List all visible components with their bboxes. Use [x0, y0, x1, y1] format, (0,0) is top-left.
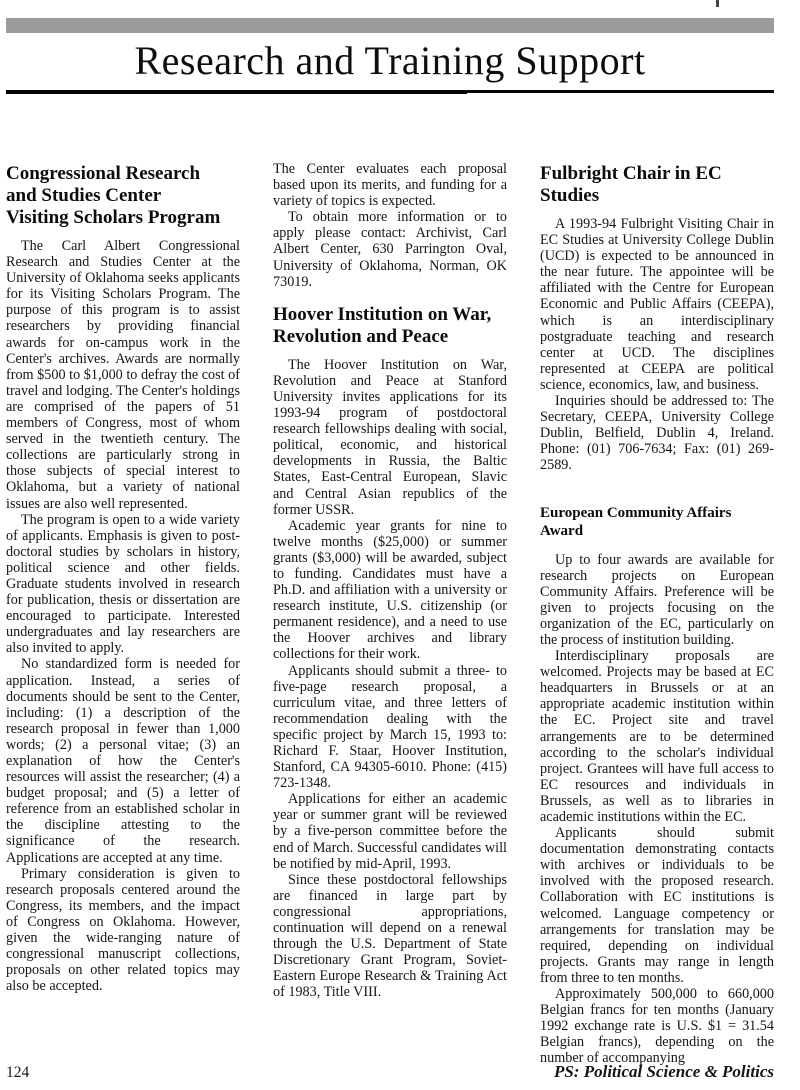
paragraph: Up to four awards are available for rese… — [540, 552, 774, 649]
sub-section-heading: European Community Affairs Award — [540, 504, 774, 540]
journal-page: Research and Training Support Congressio… — [0, 0, 800, 1090]
paragraph: Since these postdoctoral fellowships are… — [273, 872, 507, 1001]
page-footer: 124 PS: Political Science & Politics — [6, 1062, 774, 1082]
paragraph: Academic year grants for nine to twelve … — [273, 518, 507, 663]
paragraph: Approximately 500,000 to 660,000 Belgian… — [540, 986, 774, 1066]
column-right: Fulbright Chair in EC StudiesA 1993-94 F… — [540, 161, 774, 1067]
paragraph: Primary consideration is given to resear… — [6, 866, 240, 995]
paragraph: The program is open to a wide variety of… — [6, 512, 240, 657]
title-rule — [6, 90, 774, 93]
paragraph: Applicants should submit documentation d… — [540, 825, 774, 986]
page-number: 124 — [6, 1064, 29, 1082]
article-columns: Congressional Research and Studies Cente… — [6, 161, 774, 1067]
section-heading: Fulbright Chair in EC Studies — [540, 163, 774, 207]
paragraph: The Center evaluates each proposal based… — [273, 161, 507, 209]
column-left: Congressional Research and Studies Cente… — [6, 161, 240, 1067]
paragraph: Interdisciplinary proposals are welcomed… — [540, 648, 774, 825]
paragraph: A 1993-94 Fulbright Visiting Chair in EC… — [540, 216, 774, 393]
page-title: Research and Training Support — [6, 39, 774, 83]
paragraph: Inquiries should be addressed to: The Se… — [540, 393, 774, 473]
scan-artifact — [716, 0, 719, 7]
paragraph: Applications for either an academic year… — [273, 791, 507, 871]
paragraph: No standardized form is needed for appli… — [6, 656, 240, 865]
header-gray-bar — [6, 18, 774, 33]
section-heading: Congressional Research and Studies Cente… — [6, 163, 240, 229]
paragraph: Applicants should submit a three- to fiv… — [273, 663, 507, 792]
paragraph: The Hoover Institution on War, Revolutio… — [273, 357, 507, 518]
paragraph: The Carl Albert Congressional Research a… — [6, 238, 240, 512]
journal-title: PS: Political Science & Politics — [554, 1062, 774, 1082]
section-heading: Hoover Institution on War, Revolution an… — [273, 304, 507, 348]
paragraph: To obtain more information or to apply p… — [273, 209, 507, 289]
column-middle: The Center evaluates each proposal based… — [273, 161, 507, 1067]
